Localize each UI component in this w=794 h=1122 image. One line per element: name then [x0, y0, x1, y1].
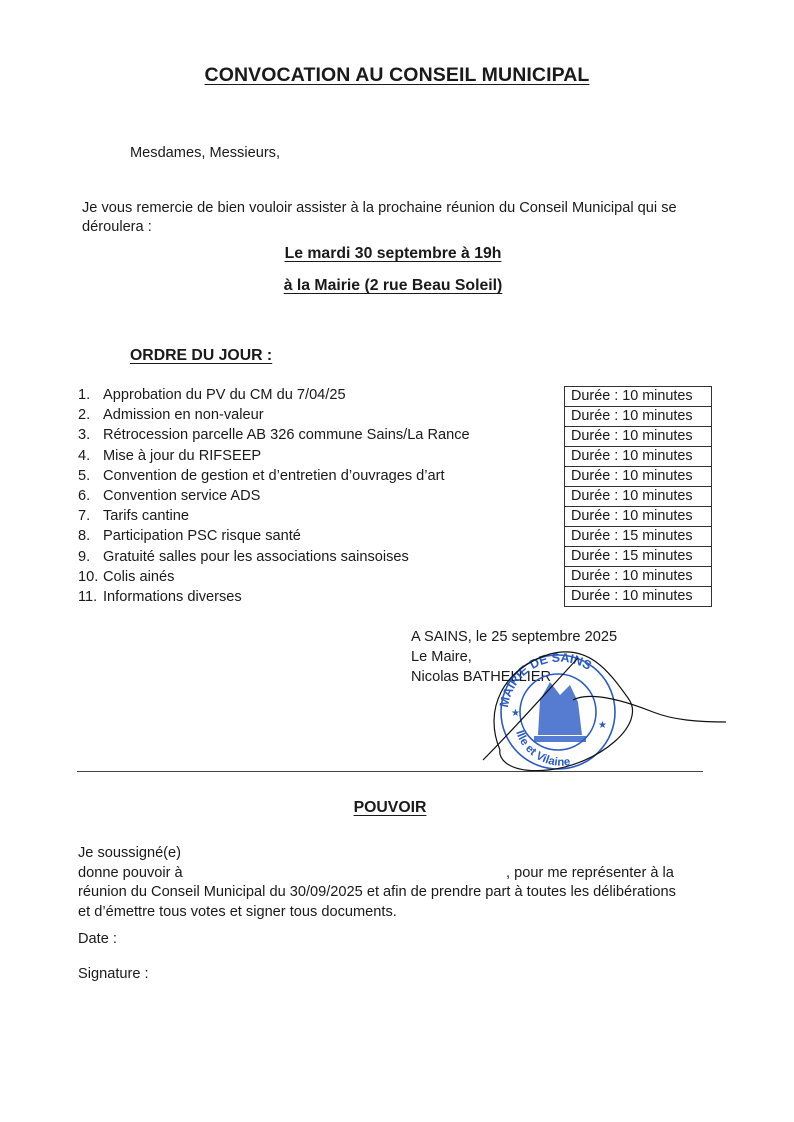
meeting-place: à la Mairie (2 rue Beau Soleil) — [0, 277, 786, 295]
section-divider — [77, 771, 703, 772]
agenda-item-label: Rétrocession parcelle AB 326 commune Sai… — [103, 425, 470, 445]
signature-role: Le Maire, — [411, 647, 472, 667]
agenda-item: 5.Convention de gestion et d’entretien d… — [78, 466, 470, 486]
duration-cell: Durée : 10 minutes — [565, 587, 712, 607]
agenda-item: 10.Colis ainés — [78, 567, 470, 587]
mayor-stamp: MAIRIE DE SAINS Ille et Vilaine ★ ★ — [478, 640, 738, 780]
duration-table: Durée : 10 minutesDurée : 10 minutesDuré… — [564, 386, 712, 607]
duration-row: Durée : 10 minutes — [565, 587, 712, 607]
agenda-item: 8.Participation PSC risque santé — [78, 526, 470, 546]
agenda-item-label: Participation PSC risque santé — [103, 526, 301, 546]
intro-line-1: Je vous remercie de bien vouloir assiste… — [82, 198, 677, 218]
duration-row: Durée : 15 minutes — [565, 547, 712, 567]
agenda-item: 2.Admission en non-valeur — [78, 405, 470, 425]
agenda-item-label: Gratuité salles pour les associations sa… — [103, 547, 409, 567]
duration-cell: Durée : 10 minutes — [565, 407, 712, 427]
document-title: CONVOCATION AU CONSEIL MUNICIPAL — [0, 64, 794, 87]
agenda-item-label: Tarifs cantine — [103, 506, 189, 526]
agenda-item-label: Convention de gestion et d’entretien d’o… — [103, 466, 445, 486]
agenda-item: 3.Rétrocession parcelle AB 326 commune S… — [78, 425, 470, 445]
duration-row: Durée : 10 minutes — [565, 567, 712, 587]
proxy-line-4: et d’émettre tous votes et signer tous d… — [78, 902, 397, 922]
duration-cell: Durée : 10 minutes — [565, 487, 712, 507]
agenda-item-number: 1. — [78, 385, 103, 405]
agenda-item-number: 4. — [78, 446, 103, 466]
duration-cell: Durée : 15 minutes — [565, 527, 712, 547]
proxy-signature-label: Signature : — [78, 964, 149, 984]
duration-row: Durée : 10 minutes — [565, 427, 712, 447]
agenda-item-number: 8. — [78, 526, 103, 546]
agenda-item: 1.Approbation du PV du CM du 7/04/25 — [78, 385, 470, 405]
agenda-item: 9.Gratuité salles pour les associations … — [78, 547, 470, 567]
agenda-heading: ORDRE DU JOUR : — [130, 347, 272, 365]
greeting: Mesdames, Messieurs, — [130, 143, 280, 163]
agenda-item-number: 2. — [78, 405, 103, 425]
duration-cell: Durée : 10 minutes — [565, 567, 712, 587]
duration-row: Durée : 10 minutes — [565, 447, 712, 467]
svg-text:★: ★ — [598, 720, 607, 731]
agenda-item: 11.Informations diverses — [78, 587, 470, 607]
proxy-line-3: réunion du Conseil Municipal du 30/09/20… — [78, 882, 676, 902]
agenda-item-number: 7. — [78, 506, 103, 526]
agenda-item: 7.Tarifs cantine — [78, 506, 470, 526]
proxy-name-field[interactable] — [188, 863, 478, 883]
duration-row: Durée : 15 minutes — [565, 527, 712, 547]
duration-row: Durée : 10 minutes — [565, 467, 712, 487]
svg-text:★: ★ — [511, 708, 520, 719]
agenda-item-label: Mise à jour du RIFSEEP — [103, 446, 261, 466]
agenda-item: 4.Mise à jour du RIFSEEP — [78, 446, 470, 466]
duration-row: Durée : 10 minutes — [565, 507, 712, 527]
duration-cell: Durée : 15 minutes — [565, 547, 712, 567]
agenda-item-number: 10. — [78, 567, 103, 587]
meeting-date: Le mardi 30 septembre à 19h — [0, 245, 786, 263]
duration-cell: Durée : 10 minutes — [565, 467, 712, 487]
proxy-line-2-start: donne pouvoir à — [78, 863, 183, 883]
agenda-list: 1.Approbation du PV du CM du 7/04/252.Ad… — [78, 385, 470, 607]
agenda-item-number: 6. — [78, 486, 103, 506]
agenda-item-number: 11. — [78, 587, 103, 607]
agenda-item-label: Approbation du PV du CM du 7/04/25 — [103, 385, 346, 405]
intro-line-2: déroulera : — [82, 217, 152, 237]
duration-row: Durée : 10 minutes — [565, 407, 712, 427]
proxy-line-1: Je soussigné(e) — [78, 843, 181, 863]
agenda-item: 6.Convention service ADS — [78, 486, 470, 506]
agenda-item-label: Colis ainés — [103, 567, 174, 587]
duration-cell: Durée : 10 minutes — [565, 447, 712, 467]
duration-cell: Durée : 10 minutes — [565, 427, 712, 447]
agenda-item-number: 3. — [78, 425, 103, 445]
agenda-item-number: 5. — [78, 466, 103, 486]
duration-cell: Durée : 10 minutes — [565, 387, 712, 407]
proxy-heading: POUVOIR — [0, 799, 780, 817]
proxy-line-2-end: , pour me représenter à la — [506, 863, 674, 883]
agenda-item-label: Admission en non-valeur — [103, 405, 264, 425]
agenda-item-label: Informations diverses — [103, 587, 242, 607]
duration-cell: Durée : 10 minutes — [565, 507, 712, 527]
agenda-item-number: 9. — [78, 547, 103, 567]
duration-row: Durée : 10 minutes — [565, 387, 712, 407]
agenda-item-label: Convention service ADS — [103, 486, 260, 506]
proxy-date-label: Date : — [78, 929, 117, 949]
duration-row: Durée : 10 minutes — [565, 487, 712, 507]
